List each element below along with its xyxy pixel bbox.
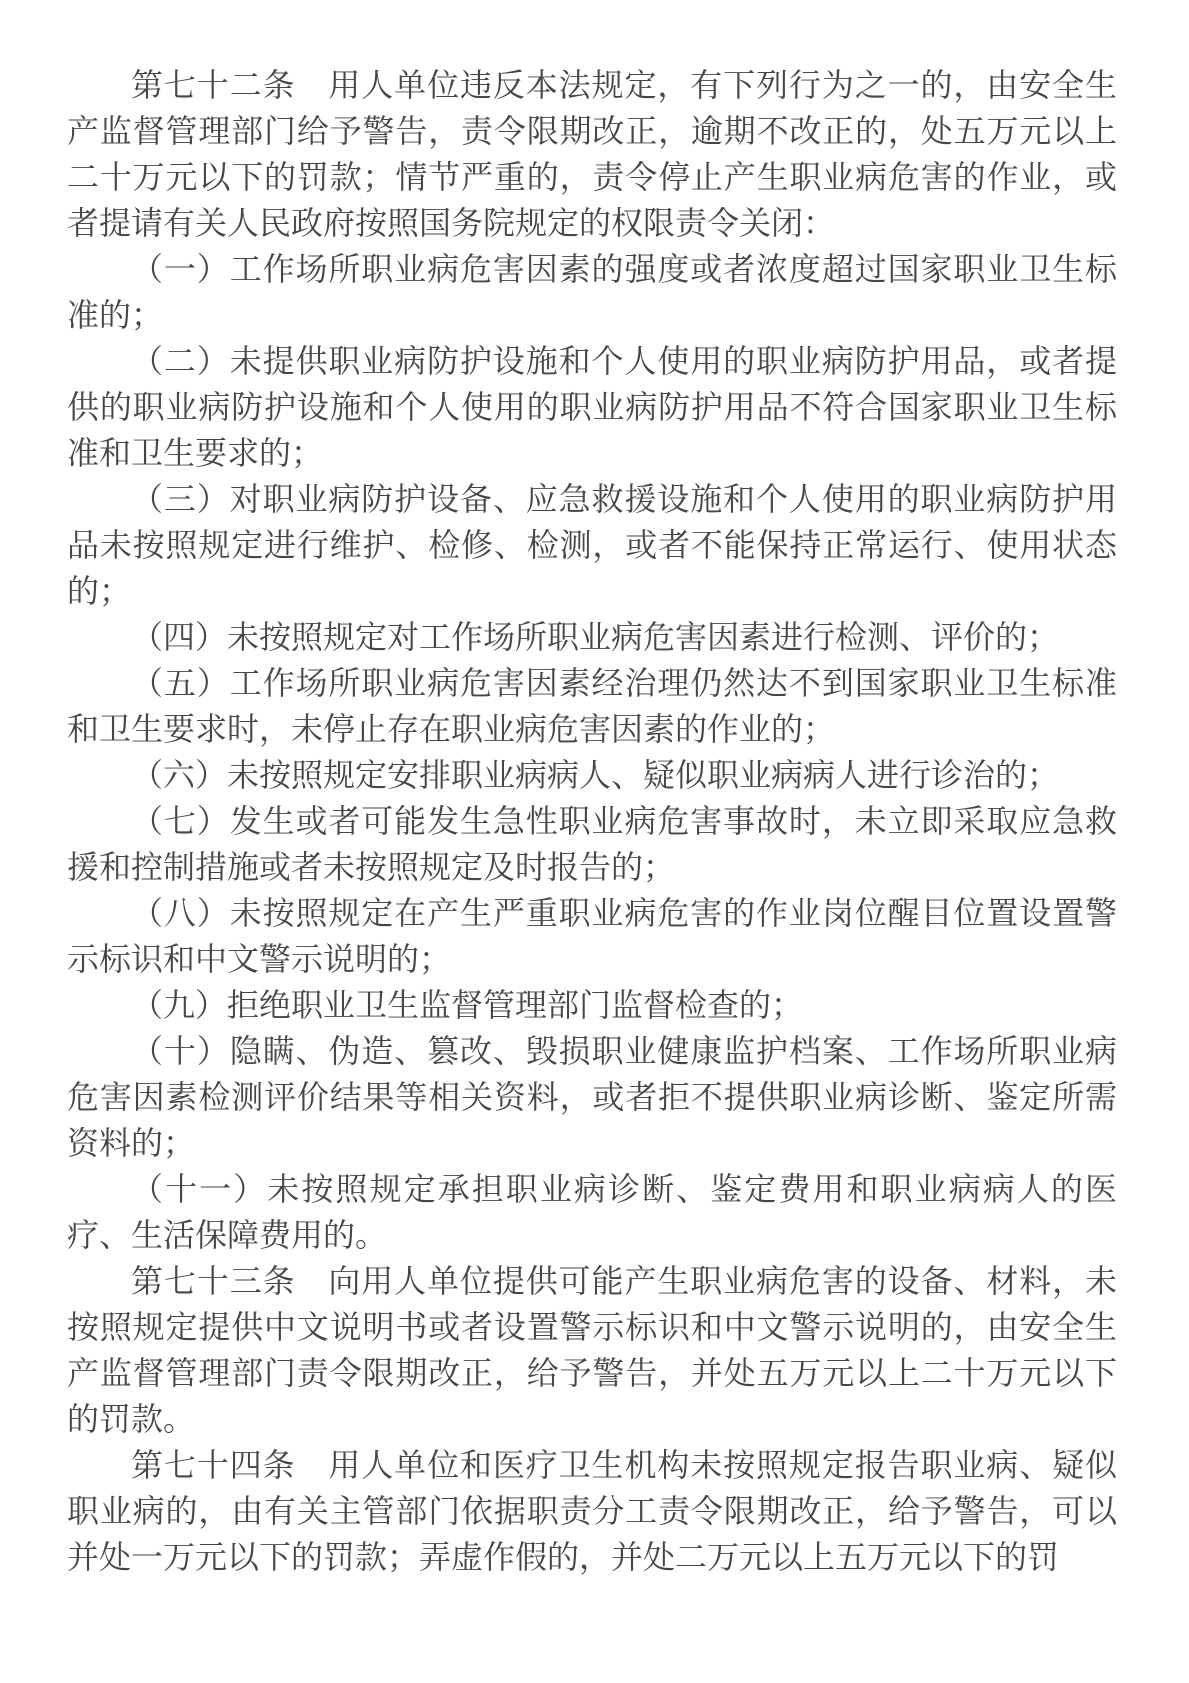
list-item-5: （五）工作场所职业病危害因素经治理仍然达不到国家职业卫生标准和卫生要求时，未停止…: [67, 660, 1117, 752]
paragraph-article-74: 第七十四条 用人单位和医疗卫生机构未按照规定报告职业病、疑似职业病的，由有关主管…: [67, 1442, 1117, 1580]
paragraph-article-73: 第七十三条 向用人单位提供可能产生职业病危害的设备、材料，未按照规定提供中文说明…: [67, 1258, 1117, 1442]
list-item-11: （十一）未按照规定承担职业病诊断、鉴定费用和职业病病人的医疗、生活保障费用的。: [67, 1166, 1117, 1258]
list-item-10: （十）隐瞒、伪造、篡改、毁损职业健康监护档案、工作场所职业病危害因素检测评价结果…: [67, 1028, 1117, 1166]
list-item-3: （三）对职业病防护设备、应急救援设施和个人使用的职业病防护用品未按照规定进行维护…: [67, 476, 1117, 614]
list-item-7: （七）发生或者可能发生急性职业病危害事故时，未立即采取应急救援和控制措施或者未按…: [67, 798, 1117, 890]
list-item-9: （九）拒绝职业卫生监督管理部门监督检查的；: [67, 982, 1117, 1028]
list-item-1: （一）工作场所职业病危害因素的强度或者浓度超过国家职业卫生标准的；: [67, 246, 1117, 338]
list-item-2: （二）未提供职业病防护设施和个人使用的职业病防护用品，或者提供的职业病防护设施和…: [67, 338, 1117, 476]
list-item-8: （八）未按照规定在产生严重职业病危害的作业岗位醒目位置设置警示标识和中文警示说明…: [67, 890, 1117, 982]
list-item-6: （六）未按照规定安排职业病病人、疑似职业病病人进行诊治的；: [67, 752, 1117, 798]
document-page: 第七十二条 用人单位违反本法规定，有下列行为之一的，由安全生产监督管理部门给予警…: [0, 0, 1189, 1683]
paragraph-article-72: 第七十二条 用人单位违反本法规定，有下列行为之一的，由安全生产监督管理部门给予警…: [67, 62, 1117, 246]
list-item-4: （四）未按照规定对工作场所职业病危害因素进行检测、评价的；: [67, 614, 1117, 660]
